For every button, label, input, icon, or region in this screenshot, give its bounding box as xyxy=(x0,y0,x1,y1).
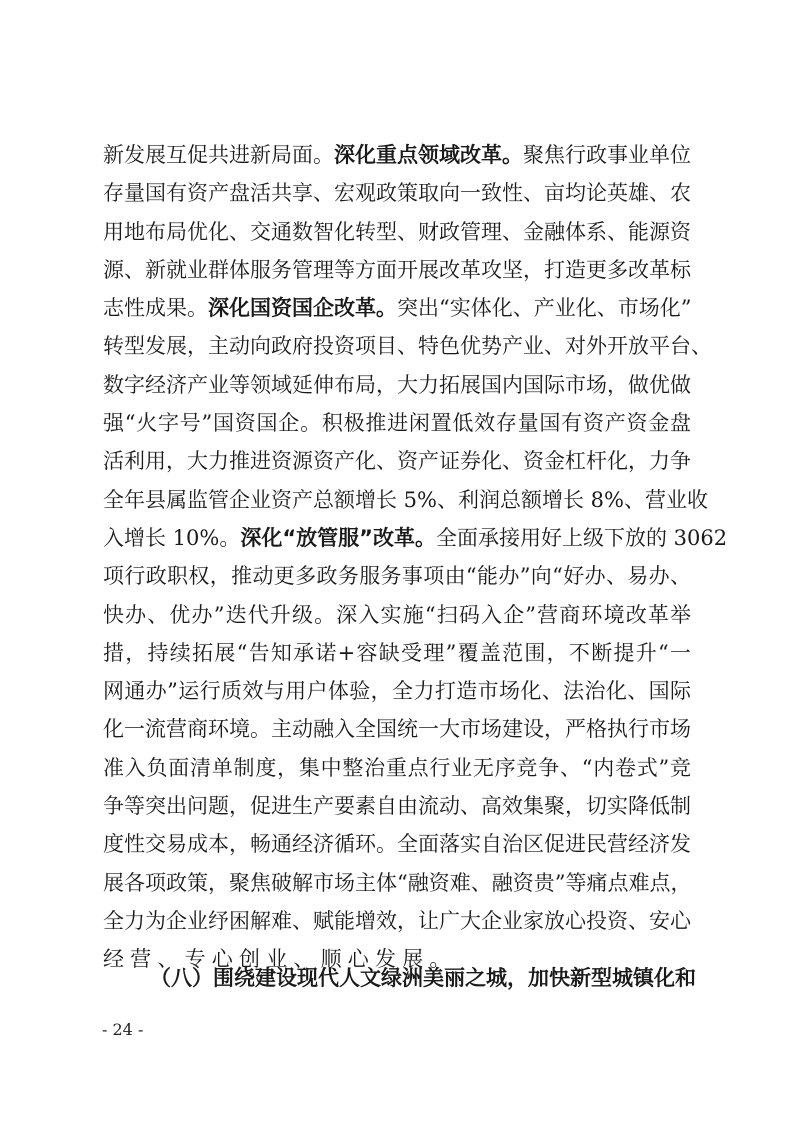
bold-subheading: 深化国资国企改革。 xyxy=(208,296,397,320)
text-run: 度性交易成本，畅通经济循环。全面落实自治区促进民营经济发 xyxy=(103,832,691,856)
text-run: 用地布局优化、交通数智化转型、财政管理、金融体系、能源资 xyxy=(103,220,691,244)
text-line: 存量国有资产盘活共享、宏观政策取向一致性、亩均论英雄、农 xyxy=(103,174,691,212)
document-page: 新发展互促共进新局面。深化重点领域改革。聚焦行政事业单位存量国有资产盘活共享、宏… xyxy=(0,0,793,1122)
text-line: 准入负面清单制度，集中整治重点行业无序竞争、“内卷式”竞 xyxy=(103,749,691,787)
text-run: 源、新就业群体服务管理等方面开展改革攻坚，打造更多改革标 xyxy=(103,258,691,282)
text-run: 数字经济产业等领域延伸布局，大力拓展国内国际市场，做优做 xyxy=(103,373,691,397)
text-line: 快办、优办”迭代升级。深入实施“扫码入企”营商环境改革举 xyxy=(103,596,691,634)
text-line: 全力为企业纾困解难、赋能增效，让广大企业家放心投资、安心 xyxy=(103,902,691,940)
text-run: 项行政职权，推动更多政务服务事项由“能办”向“好办、易办、 xyxy=(103,564,691,588)
text-run: 转型发展，主动向政府投资项目、特色优势产业、对外开放平台、 xyxy=(103,334,712,358)
text-line: 入增长 10%。深化“放管服”改革。全面承接用好上级下放的 3062 xyxy=(103,519,691,557)
text-run: 入增长 10%。 xyxy=(103,526,240,550)
text-line: 用地布局优化、交通数智化转型、财政管理、金融体系、能源资 xyxy=(103,213,691,251)
text-run: 争等突出问题，促进生产要素自由流动、高效集聚，切实降低制 xyxy=(103,794,691,818)
text-run: 强“火字号”国资国企。积极推进闲置低效存量国有资产资金盘 xyxy=(103,411,691,435)
text-line: 转型发展，主动向政府投资项目、特色优势产业、对外开放平台、 xyxy=(103,327,691,365)
text-run: 准入负面清单制度，集中整治重点行业无序竞争、“内卷式”竞 xyxy=(103,756,691,780)
text-line: 活利用，大力推进资源资产化、资产证券化、资金杠杆化，力争 xyxy=(103,442,691,480)
text-run: 突出“实体化、产业化、市场化” xyxy=(397,296,691,320)
text-line: 措，持续拓展“告知承诺+容缺受理”覆盖范围，不断提升“一 xyxy=(103,634,691,672)
text-line: 新发展互促共进新局面。深化重点领域改革。聚焦行政事业单位 xyxy=(103,136,691,174)
text-run: 全面承接用好上级下放的 3062 xyxy=(436,526,727,550)
text-run: 新发展互促共进新局面。 xyxy=(103,143,334,167)
bold-subheading: 深化重点领域改革。 xyxy=(334,143,523,167)
section-heading: （八）围绕建设现代人文绿洲美丽之城，加快新型城镇化和 xyxy=(150,959,691,997)
page-number: - 24 - xyxy=(102,1020,143,1039)
body-paragraph: 新发展互促共进新局面。深化重点领域改革。聚焦行政事业单位存量国有资产盘活共享、宏… xyxy=(103,136,691,979)
text-line: 全年县属监管企业资产总额增长 5%、利润总额增长 8%、营业收 xyxy=(103,481,691,519)
text-line: 志性成果。深化国资国企改革。突出“实体化、产业化、市场化” xyxy=(103,289,691,327)
text-run: 措，持续拓展“告知承诺+容缺受理”覆盖范围，不断提升“一 xyxy=(103,641,691,665)
text-run: 全力为企业纾困解难、赋能增效，让广大企业家放心投资、安心 xyxy=(103,909,691,933)
text-run: 快办、优办”迭代升级。深入实施“扫码入企”营商环境改革举 xyxy=(103,603,691,627)
text-line: 数字经济产业等领域延伸布局，大力拓展国内国际市场，做优做 xyxy=(103,366,691,404)
text-run: 志性成果。 xyxy=(103,296,208,320)
text-run: 网通办”运行质效与用户体验，全力打造市场化、法治化、国际 xyxy=(103,679,691,703)
text-run: 化一流营商环境。主动融入全国统一大市场建设，严格执行市场 xyxy=(103,717,691,741)
text-run: 展各项政策，聚焦破解市场主体“融资难、融资贵”等痛点难点， xyxy=(103,871,691,895)
text-line: 网通办”运行质效与用户体验，全力打造市场化、法治化、国际 xyxy=(103,672,691,710)
text-run: 活利用，大力推进资源资产化、资产证券化、资金杠杆化，力争 xyxy=(103,449,691,473)
text-line: 化一流营商环境。主动融入全国统一大市场建设，严格执行市场 xyxy=(103,710,691,748)
text-line: 项行政职权，推动更多政务服务事项由“能办”向“好办、易办、 xyxy=(103,557,691,595)
text-line: 强“火字号”国资国企。积极推进闲置低效存量国有资产资金盘 xyxy=(103,404,691,442)
text-line: 展各项政策，聚焦破解市场主体“融资难、融资贵”等痛点难点， xyxy=(103,864,691,902)
text-line: 度性交易成本，畅通经济循环。全面落实自治区促进民营经济发 xyxy=(103,825,691,863)
text-run: 聚焦行政事业单位 xyxy=(523,143,691,167)
bold-subheading: 深化“放管服”改革。 xyxy=(240,526,436,550)
text-line: 源、新就业群体服务管理等方面开展改革攻坚，打造更多改革标 xyxy=(103,251,691,289)
text-run: 存量国有资产盘活共享、宏观政策取向一致性、亩均论英雄、农 xyxy=(103,181,691,205)
text-line: 争等突出问题，促进生产要素自由流动、高效集聚，切实降低制 xyxy=(103,787,691,825)
text-run: 全年县属监管企业资产总额增长 5%、利润总额增长 8%、营业收 xyxy=(103,488,708,512)
